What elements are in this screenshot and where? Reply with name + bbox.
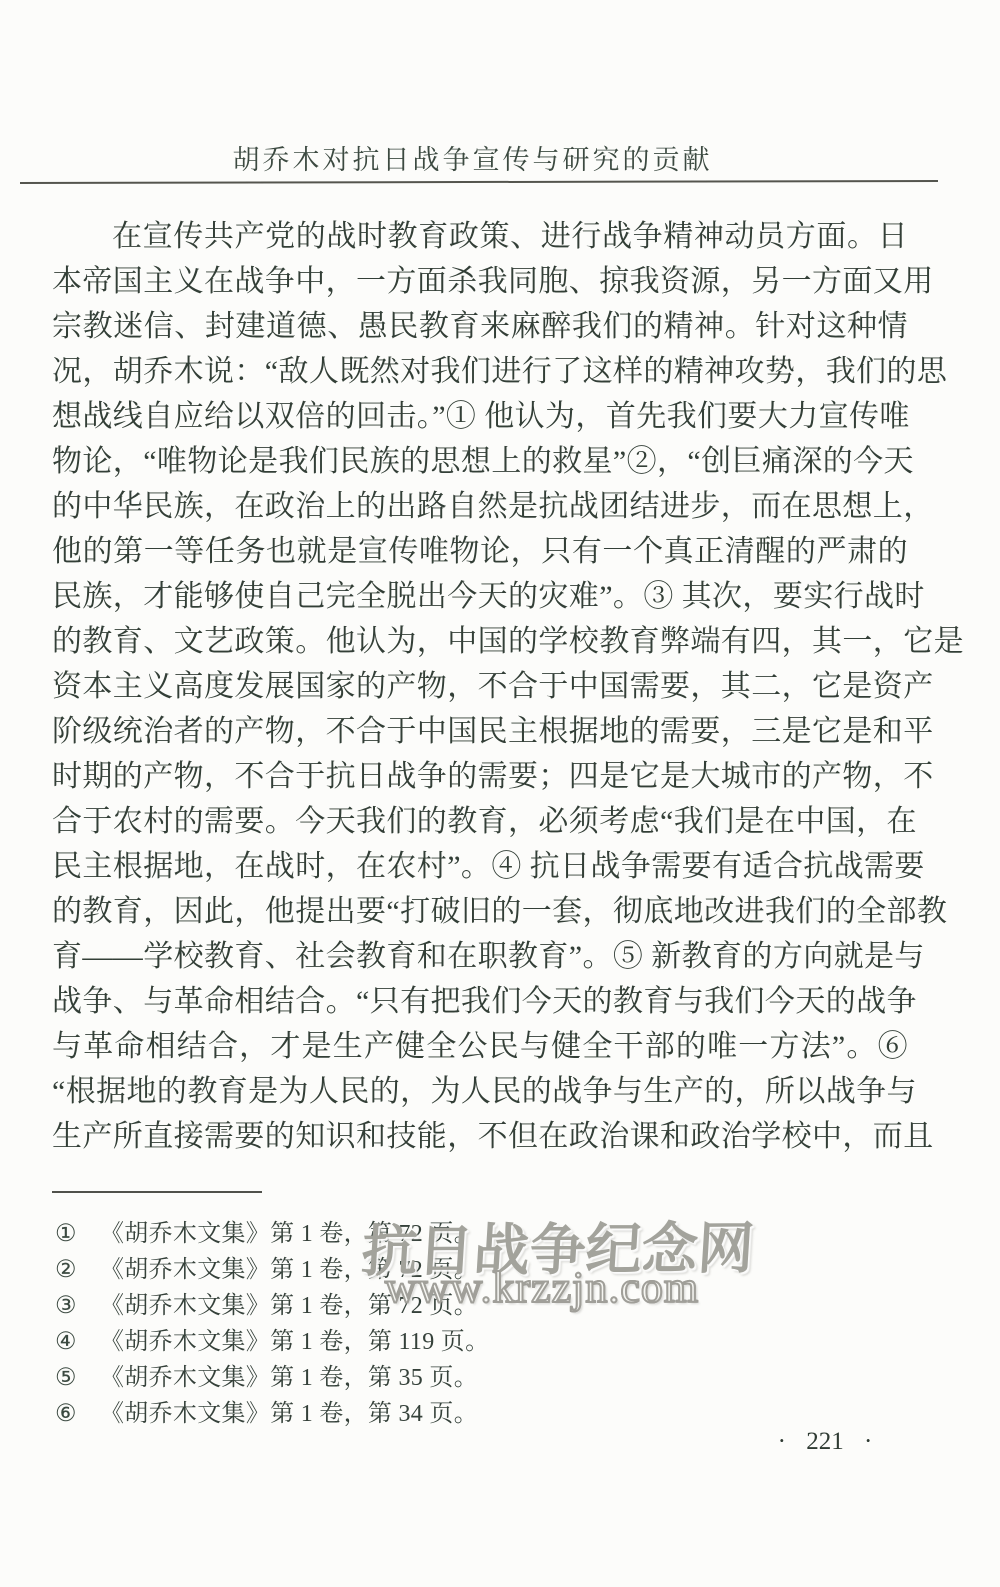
- body-line: 时期的产物，不合于抗日战争的需要；四是它是大城市的产物，不: [52, 754, 908, 799]
- footnote-marker: ⑤: [55, 1360, 100, 1396]
- body-line: 的中华民族，在政治上的出路自然是抗战团结进步，而在思想上，: [52, 484, 908, 529]
- footnote-marker: ④: [55, 1324, 100, 1360]
- footnote-marker: ①: [55, 1216, 100, 1252]
- footnote-marker: ⑥: [55, 1396, 100, 1432]
- footnote-marker: ③: [55, 1288, 100, 1324]
- body-line: “根据地的教育是为人民的，为人民的战争与生产的，所以战争与: [52, 1069, 908, 1114]
- body-text: 在宣传共产党的战时教育政策、进行战争精神动员方面。日 本帝国主义在战争中，一方面…: [52, 214, 908, 1159]
- footnote-marker: ②: [55, 1252, 100, 1288]
- footnote-text: 《胡乔木文集》第 1 卷，第 34 页。: [100, 1396, 478, 1432]
- body-line: 与革命相结合，才是生产健全公民与健全干部的唯一方法”。⑥: [52, 1024, 908, 1069]
- body-line: 民族，才能够使自己完全脱出今天的灾难”。③ 其次，要实行战时: [52, 574, 908, 619]
- body-line: 况，胡乔木说：“敌人既然对我们进行了这样的精神攻势，我们的思: [52, 349, 908, 394]
- watermark-url-text: www.krzzjn.com: [385, 1262, 699, 1313]
- body-line: 宗教迷信、封建道德、愚民教育来麻醉我们的精神。针对这种情: [52, 304, 908, 349]
- body-line: 合于农村的需要。今天我们的教育，必须考虑“我们是在中国，在: [52, 799, 908, 844]
- footnote-separator-rule: [52, 1191, 262, 1193]
- body-line: 本帝国主义在战争中，一方面杀我同胞、掠我资源，另一方面又用: [52, 259, 908, 304]
- footnote-text: 《胡乔木文集》第 1 卷，第 119 页。: [100, 1324, 489, 1360]
- page-number: · 221 ·: [765, 1428, 885, 1456]
- body-line: 育——学校教育、社会教育和在职教育”。⑤ 新教育的方向就是与: [52, 934, 908, 979]
- footnote-item: ⑥ 《胡乔木文集》第 1 卷，第 34 页。: [55, 1396, 835, 1432]
- body-line: 想战线自应给以双倍的回击。”① 他认为，首先我们要大力宣传唯: [52, 394, 908, 439]
- body-line: 资本主义高度发展国家的产物，不合于中国需要，其二，它是资产: [52, 664, 908, 709]
- footnote-item: ④ 《胡乔木文集》第 1 卷，第 119 页。: [55, 1324, 835, 1360]
- footnote-text: 《胡乔木文集》第 1 卷，第 35 页。: [100, 1360, 478, 1396]
- body-line: 在宣传共产党的战时教育政策、进行战争精神动员方面。日: [52, 214, 908, 259]
- body-line: 民主根据地，在战时，在农村”。④ 抗日战争需要有适合抗战需要: [52, 844, 908, 889]
- footnote-item: ⑤ 《胡乔木文集》第 1 卷，第 35 页。: [55, 1360, 835, 1396]
- header-rule: [20, 180, 938, 184]
- body-line: 的教育，因此，他提出要“打破旧的一套，彻底地改进我们的全部教: [52, 889, 908, 934]
- book-page: 胡乔木对抗日战争宣传与研究的贡献 在宣传共产党的战时教育政策、进行战争精神动员方…: [0, 0, 1000, 1587]
- running-header-title: 胡乔木对抗日战争宣传与研究的贡献: [0, 138, 945, 177]
- body-line: 生产所直接需要的知识和技能，不但在政治课和政治学校中，而且: [52, 1114, 908, 1159]
- body-line: 他的第一等任务也就是宣传唯物论，只有一个真正清醒的严肃的: [52, 529, 908, 574]
- body-line: 阶级统治者的产物，不合于中国民主根据地的需要，三是它是和平: [52, 709, 908, 754]
- body-line: 的教育、文艺政策。他认为，中国的学校教育弊端有四，其一，它是: [52, 619, 908, 664]
- body-line: 战争、与革命相结合。“只有把我们今天的教育与我们今天的战争: [52, 979, 908, 1024]
- body-line: 物论，“唯物论是我们民族的思想上的救星”②，“创巨痛深的今天: [52, 439, 908, 484]
